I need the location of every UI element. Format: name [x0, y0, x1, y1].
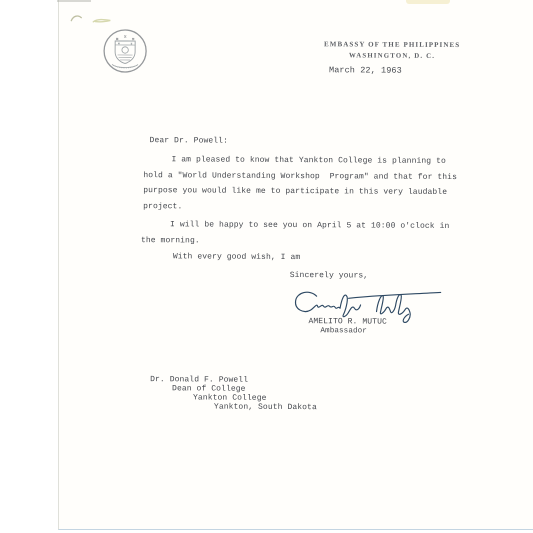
letterhead: EMBASSY OF THE PHILIPPINES WASHINGTON, D… [318, 40, 466, 59]
letter-photo: EMBASSY OF THE PHILIPPINES WASHINGTON, D… [0, 0, 533, 533]
letterhead-location: WASHINGTON, D. C. [318, 52, 466, 60]
body-line: the morning. [141, 236, 200, 246]
valediction-line: Sincerely yours, [290, 271, 368, 281]
letterhead-organization: EMBASSY OF THE PHILIPPINES [318, 40, 466, 49]
letterhead-date: March 22, 1963 [329, 65, 402, 75]
pencil-annotation-icon [66, 12, 118, 28]
closing-line: With every good wish, I am [173, 252, 300, 263]
recipient-line: Yankton, South Dakota [214, 402, 317, 413]
embassy-seal-icon [102, 28, 148, 74]
body-line: I will be happy to see you on April 5 at… [170, 220, 449, 232]
letter-content: EMBASSY OF THE PHILIPPINES WASHINGTON, D… [0, 0, 533, 533]
body-line: I am pleased to know that Yankton Colleg… [171, 155, 446, 167]
body-line: hold a "World Understanding Workshop Pro… [143, 171, 457, 183]
signer-title: Ambassador [320, 326, 367, 336]
salutation-line: Dear Dr. Powell: [150, 136, 228, 146]
body-line: purpose you would like me to participate… [143, 186, 447, 198]
body-line: project. [143, 202, 182, 212]
